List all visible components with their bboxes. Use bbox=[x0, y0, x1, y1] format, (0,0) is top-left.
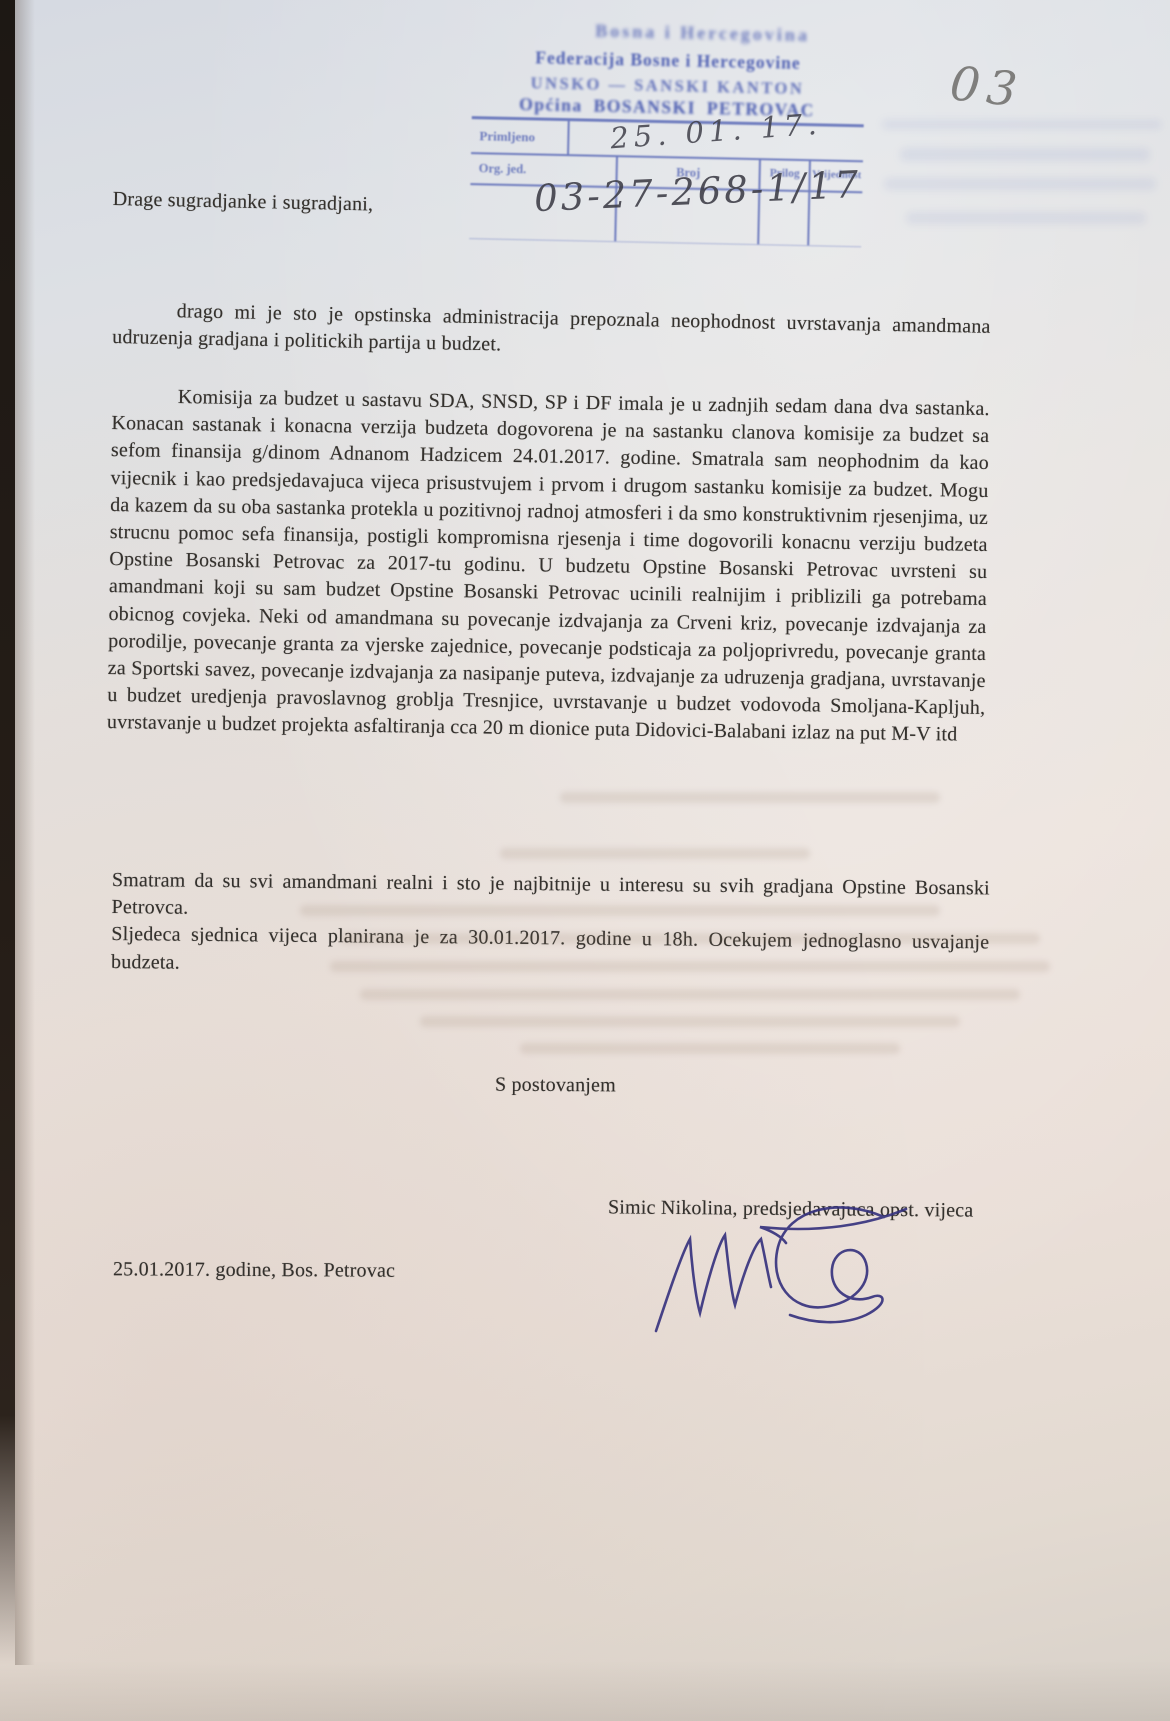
bleed-through-line bbox=[300, 905, 940, 916]
salutation: Drage sugradjanke i sugradjani, bbox=[112, 186, 373, 219]
bleed-through-line bbox=[360, 989, 1020, 1000]
handwritten-signature bbox=[622, 1193, 912, 1343]
bleed-through-line bbox=[560, 792, 940, 803]
scanned-letter-page: Bosna i Hercegovina Federacija Bosne i H… bbox=[0, 0, 1170, 1721]
stamp-country-line: Bosna i Hercegovina bbox=[501, 19, 903, 48]
stamp-federation-line: Federacija Bosne i Hercegovine bbox=[467, 46, 869, 75]
paragraph-main: Komisija za budzet u sastavu SDA, SNSD, … bbox=[107, 383, 990, 750]
scan-edge-strip bbox=[0, 0, 15, 1665]
stamp-received-label: Primljeno bbox=[471, 119, 570, 154]
stamp-ghost-smudge bbox=[882, 120, 1162, 129]
stamp-ghost-smudge bbox=[900, 148, 1150, 161]
closing-phrase: S postovanjem bbox=[495, 1072, 616, 1100]
paragraph-next-session: Sljedeca sjednica vijeca planirana je za… bbox=[111, 921, 989, 984]
bleed-through-line bbox=[500, 848, 810, 859]
handwritten-corner-mark: 03 bbox=[947, 56, 1026, 118]
scan-edge-shadow bbox=[15, 0, 35, 1665]
bleed-through-line bbox=[330, 961, 1050, 972]
paragraph-amendments-real: Smatram da su svi amandmani realni i sto… bbox=[111, 867, 989, 930]
paragraph-intro: drago mi je sto je opstinska administrac… bbox=[112, 297, 991, 368]
bottom-shadow bbox=[0, 1661, 1170, 1721]
stamp-ghost-smudge bbox=[906, 212, 1146, 224]
stamp-ghost-smudge bbox=[884, 178, 1156, 190]
bleed-through-line bbox=[340, 933, 1040, 944]
bleed-through-line bbox=[520, 1043, 900, 1054]
date-place-line: 25.01.2017. godine, Bos. Petrovac bbox=[113, 1256, 395, 1285]
bleed-through-line bbox=[420, 1016, 960, 1027]
